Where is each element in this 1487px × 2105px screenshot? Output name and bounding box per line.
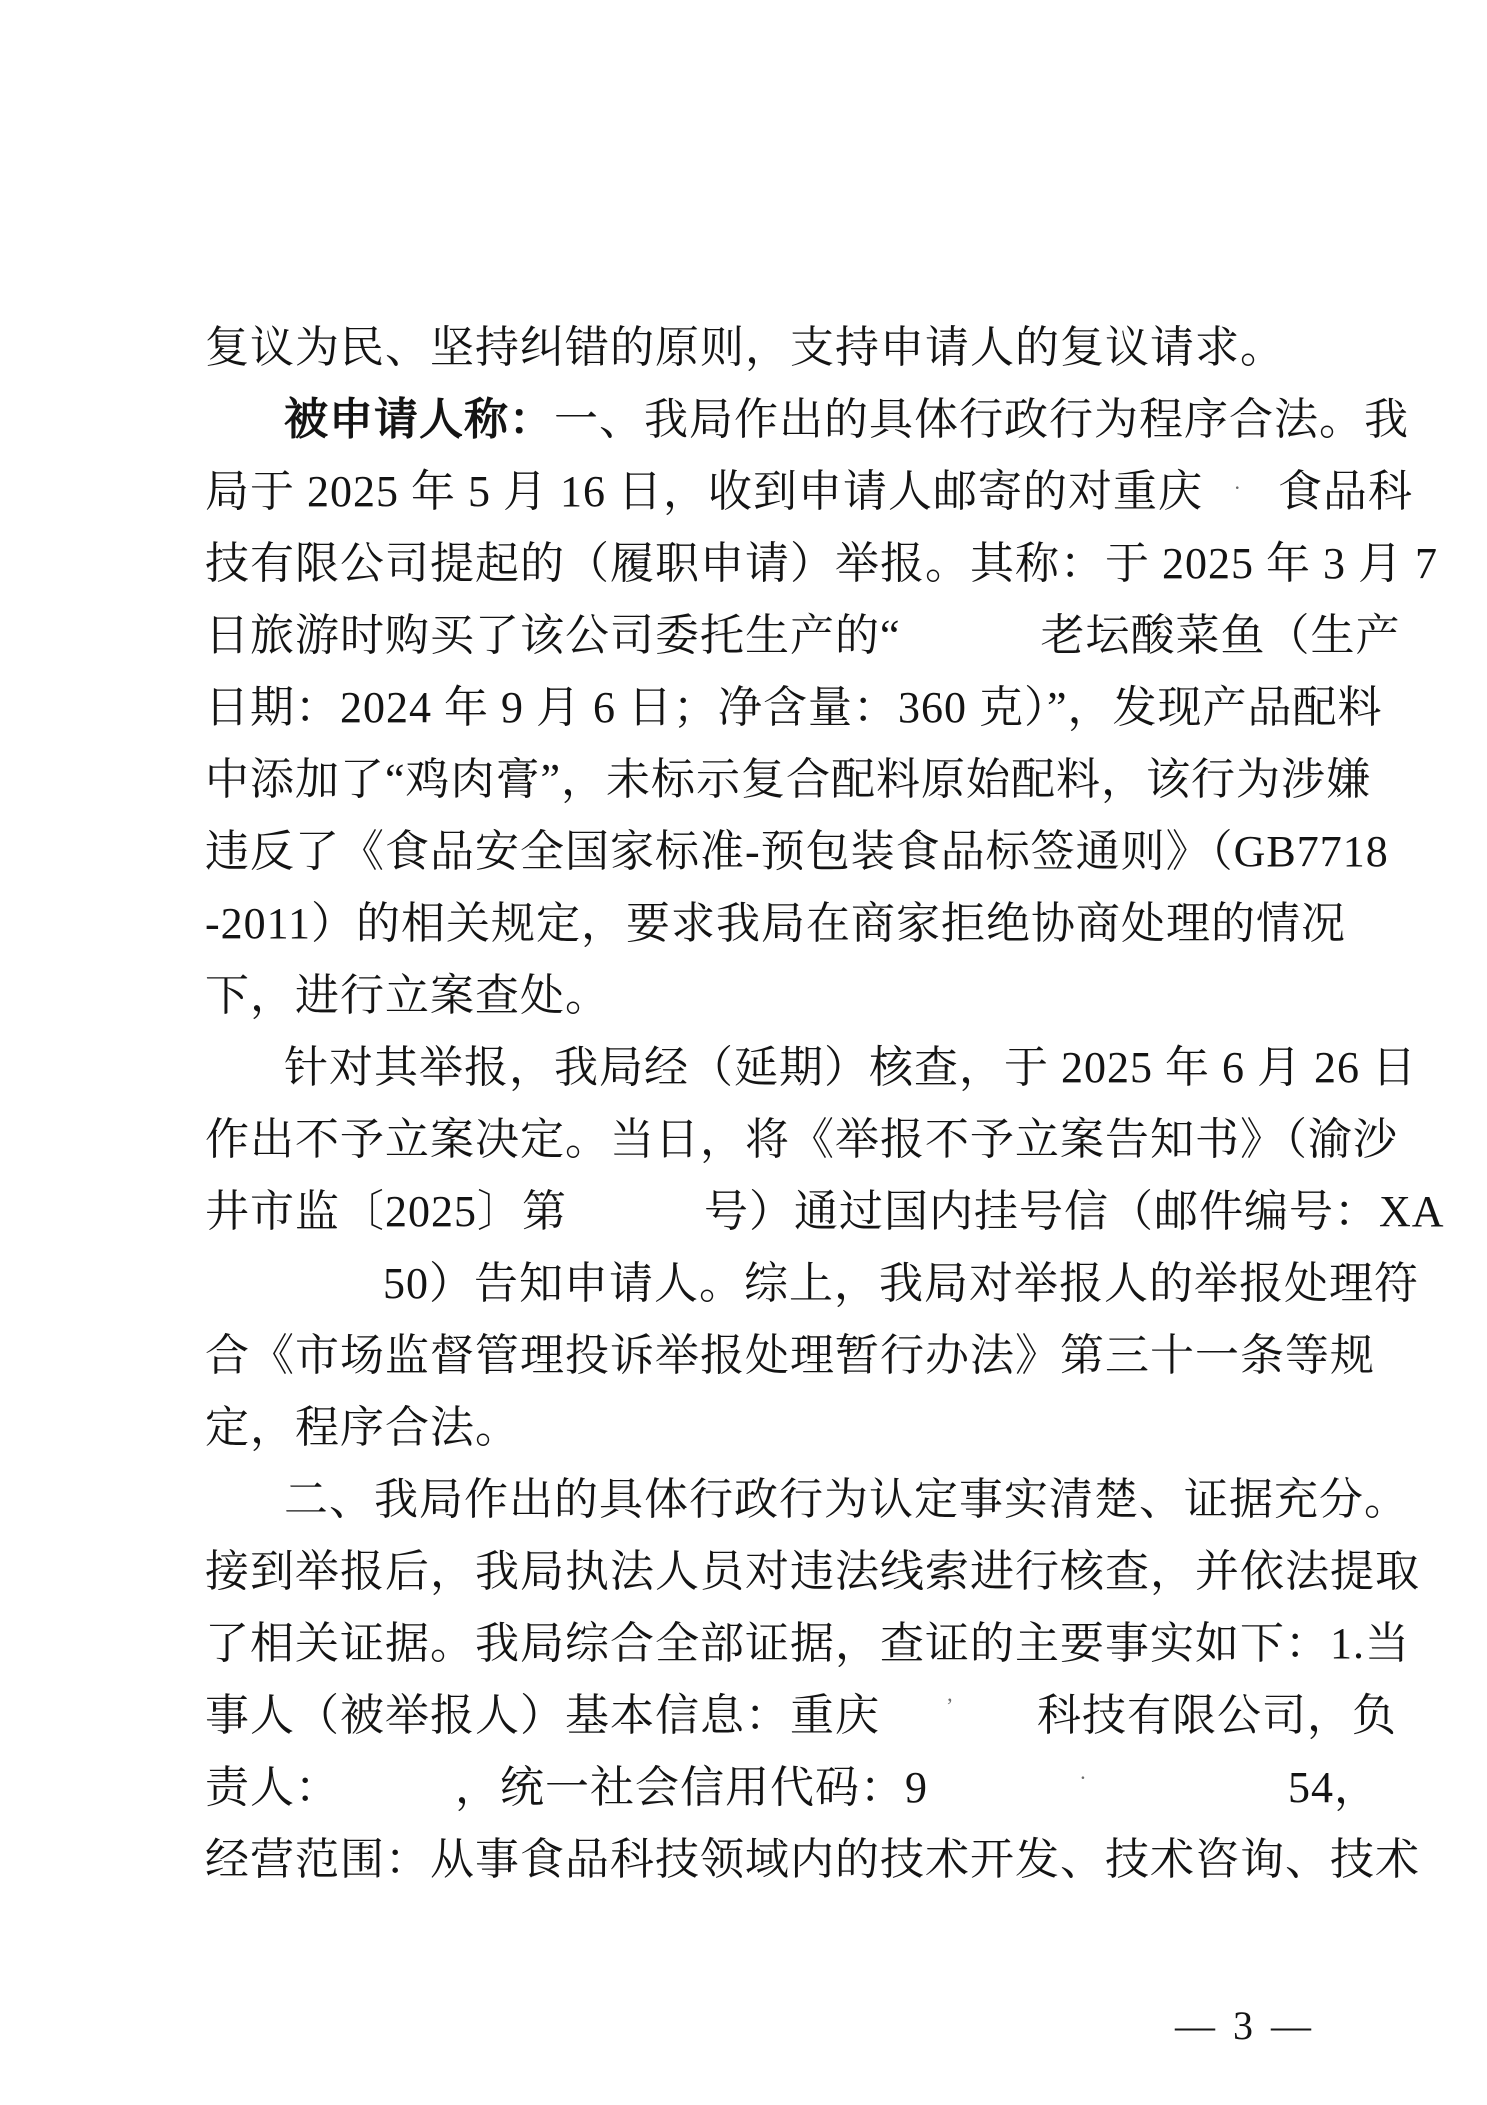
text-line: 复议为民、坚持纠错的原则，支持申请人的复议请求。 xyxy=(205,319,1390,377)
redacted-blank xyxy=(340,1759,455,1817)
text-line: 二、我局作出的具体行政行为认定事实清楚、证据充分。 xyxy=(205,1471,1469,1529)
body-text: 食品科 xyxy=(1278,463,1413,521)
body-text: 号）通过国内挂号信（邮件编号：XA xyxy=(704,1183,1445,1241)
text-line: 井市监〔2025〕第号）通过国内挂号信（邮件编号：XA xyxy=(205,1183,1390,1241)
body-text: 针对其举报，我局经（延期）核查，于 2025 年 6 月 26 日 xyxy=(284,1039,1417,1097)
body-text: 违反了《食品安全国家标准-预包装食品标签通则》（GB7718 xyxy=(205,823,1389,881)
body-text: 54， xyxy=(1288,1759,1379,1817)
body-text: 科技有限公司，负 xyxy=(1037,1687,1397,1745)
scan-artifact-mark: . xyxy=(1235,471,1241,493)
text-line: 针对其举报，我局经（延期）核查，于 2025 年 6 月 26 日 xyxy=(205,1039,1469,1097)
page-number: — 3 — xyxy=(1175,2002,1315,2050)
emphasis-text: 被申请人称： xyxy=(284,391,554,449)
body-text: 局于 2025 年 5 月 16 日，收到申请人邮寄的对重庆 xyxy=(205,463,1203,521)
document-page: 复议为民、坚持纠错的原则，支持申请人的复议请求。被申请人称：一、我局作出的具体行… xyxy=(0,0,1487,2105)
scan-artifact-mark: ’ xyxy=(946,1695,953,1717)
redacted-blank xyxy=(901,607,1041,665)
redacted-blank: . xyxy=(1203,463,1278,521)
body-text: 老坛酸菜鱼（生产 xyxy=(1041,607,1401,665)
text-line: 违反了《食品安全国家标准-预包装食品标签通则》（GB7718 xyxy=(205,823,1390,881)
text-line: 下，进行立案查处。 xyxy=(205,967,1390,1025)
body-text: 责人： xyxy=(205,1759,340,1817)
text-line: 日旅游时购买了该公司委托生产的“老坛酸菜鱼（生产 xyxy=(205,607,1390,665)
body-text: 中添加了“鸡肉膏”，未标示复合配料原始配料，该行为涉嫌 xyxy=(205,751,1371,809)
body-text: 作出不予立案决定。当日，将《举报不予立案告知书》（渝沙 xyxy=(205,1111,1398,1169)
text-line: -2011）的相关规定，要求我局在商家拒绝协商处理的情况 xyxy=(205,895,1390,953)
text-line: 被申请人称：一、我局作出的具体行政行为程序合法。我 xyxy=(205,391,1469,449)
body-text: 井市监〔2025〕第 xyxy=(205,1183,567,1241)
body-text: 经营范围：从事食品科技领域内的技术开发、技术咨询、技术 xyxy=(205,1831,1420,1889)
body-text: ，统一社会信用代码：9 xyxy=(455,1759,928,1817)
text-line: 日期：2024 年 9 月 6 日；净含量：360 克）”，发现产品配料 xyxy=(205,679,1390,737)
text-line: 了相关证据。我局综合全部证据，查证的主要事实如下：1.当 xyxy=(205,1615,1390,1673)
body-text: 了相关证据。我局综合全部证据，查证的主要事实如下：1.当 xyxy=(205,1615,1410,1673)
body-text: 合《市场监督管理投诉举报处理暂行办法》第三十一条等规 xyxy=(205,1327,1375,1385)
redacted-blank: ’ xyxy=(880,1687,1037,1745)
text-line: 定，程序合法。 xyxy=(205,1399,1390,1457)
text-line: 50）告知申请人。综上，我局对举报人的举报处理符 xyxy=(205,1255,1487,1313)
body-text: 二、我局作出的具体行政行为认定事实清楚、证据充分。 xyxy=(284,1471,1409,1529)
body-text: 定，程序合法。 xyxy=(205,1399,520,1457)
text-line: 事人（被举报人）基本信息：重庆’科技有限公司，负 xyxy=(205,1687,1390,1745)
body-text: 一、我局作出的具体行政行为程序合法。我 xyxy=(554,391,1409,449)
redacted-blank xyxy=(567,1183,704,1241)
text-line: 合《市场监督管理投诉举报处理暂行办法》第三十一条等规 xyxy=(205,1327,1390,1385)
body-text: 接到举报后，我局执法人员对违法线索进行核查，并依法提取 xyxy=(205,1543,1420,1601)
text-line: 局于 2025 年 5 月 16 日，收到申请人邮寄的对重庆.食品科 xyxy=(205,463,1390,521)
text-line: 中添加了“鸡肉膏”，未标示复合配料原始配料，该行为涉嫌 xyxy=(205,751,1390,809)
scan-artifact-mark: · xyxy=(1079,1767,1086,1789)
text-line: 作出不予立案决定。当日，将《举报不予立案告知书》（渝沙 xyxy=(205,1111,1390,1169)
text-line: 接到举报后，我局执法人员对违法线索进行核查，并依法提取 xyxy=(205,1543,1390,1601)
body-text: 复议为民、坚持纠错的原则，支持申请人的复议请求。 xyxy=(205,319,1285,377)
redacted-blank: · xyxy=(928,1759,1288,1817)
body-text: 技有限公司提起的（履职申请）举报。其称：于 2025 年 3 月 7 xyxy=(205,535,1438,593)
body-text: 50）告知申请人。综上，我局对举报人的举报处理符 xyxy=(383,1255,1419,1313)
body-text: 日旅游时购买了该公司委托生产的“ xyxy=(205,607,901,665)
body-text: -2011）的相关规定，要求我局在商家拒绝协商处理的情况 xyxy=(205,895,1346,953)
text-line: 经营范围：从事食品科技领域内的技术开发、技术咨询、技术 xyxy=(205,1831,1390,1889)
text-line: 技有限公司提起的（履职申请）举报。其称：于 2025 年 3 月 7 xyxy=(205,535,1390,593)
body-text: 下，进行立案查处。 xyxy=(205,967,610,1025)
body-text: 事人（被举报人）基本信息：重庆 xyxy=(205,1687,880,1745)
text-line: 责人：，统一社会信用代码：9·54， xyxy=(205,1759,1390,1817)
body-text: 日期：2024 年 9 月 6 日；净含量：360 克）”，发现产品配料 xyxy=(205,679,1383,737)
